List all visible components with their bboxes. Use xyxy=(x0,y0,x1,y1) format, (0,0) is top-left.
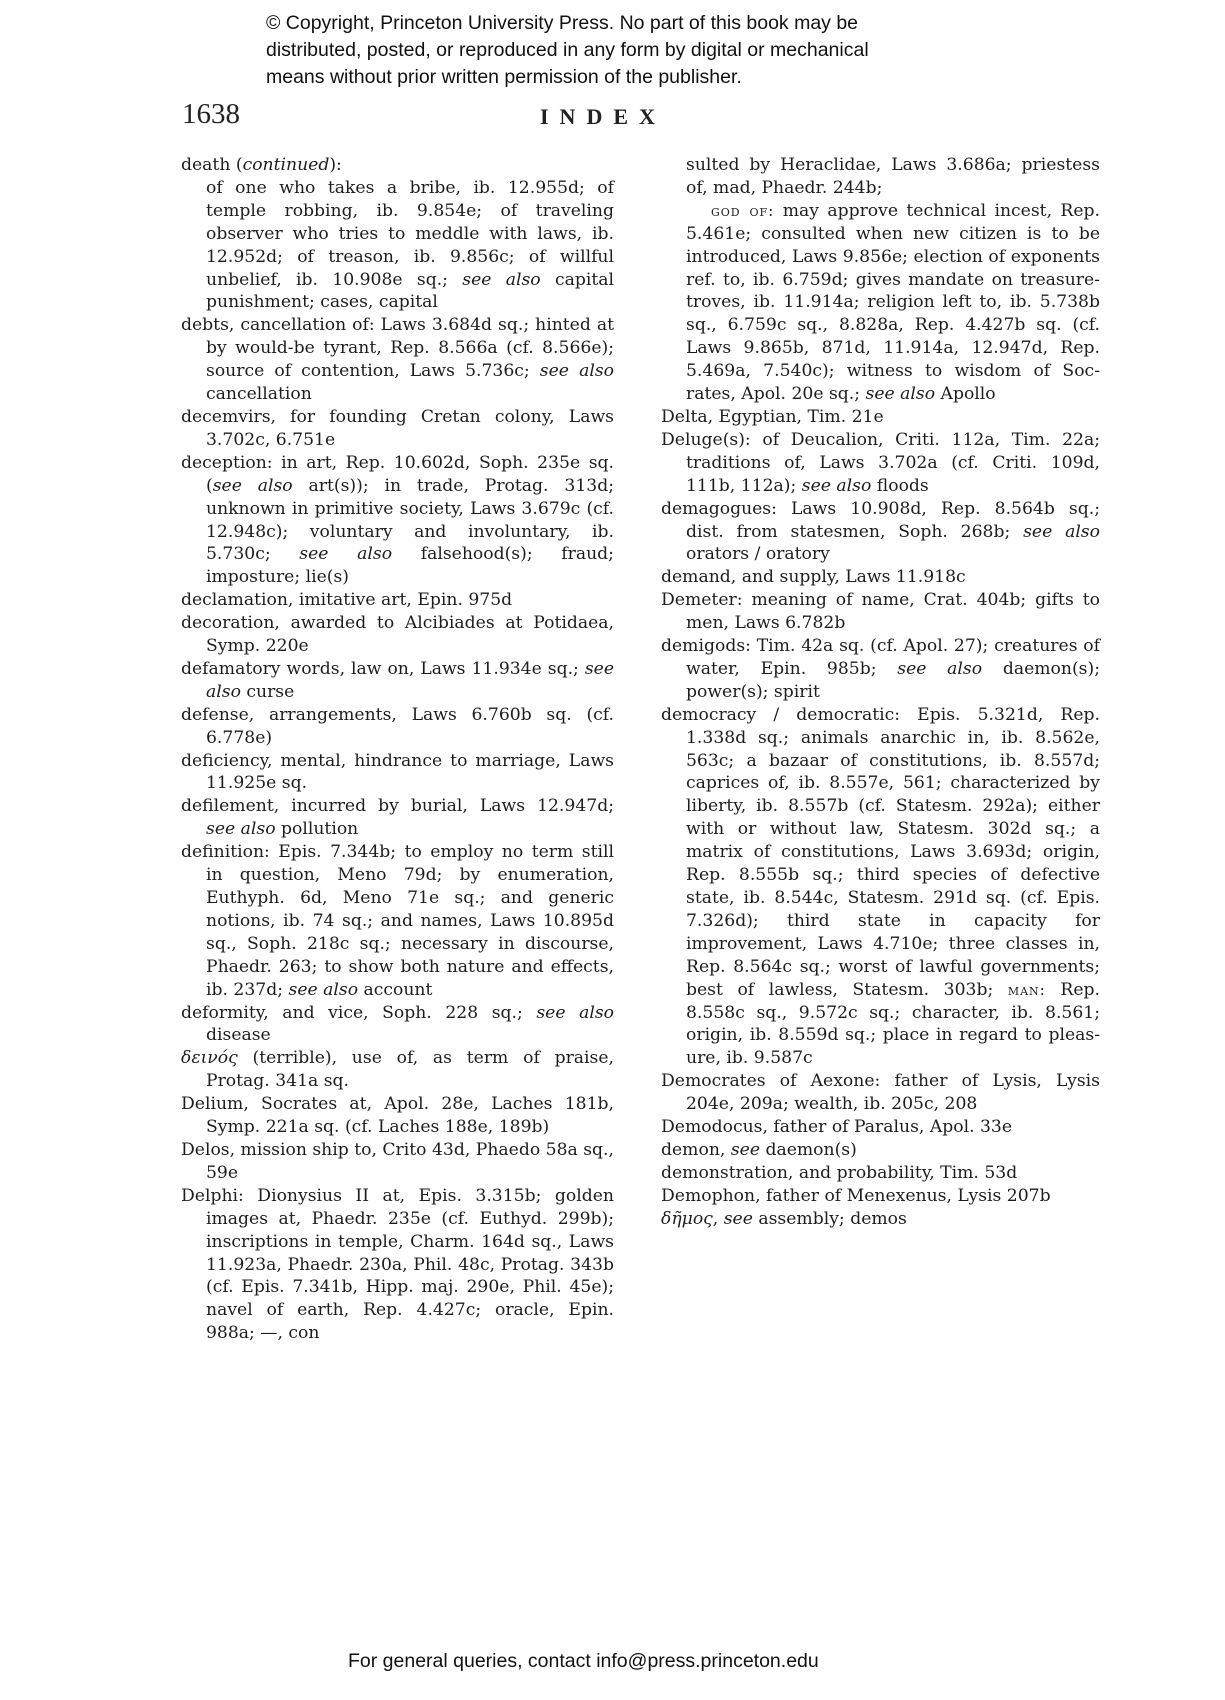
entry-text: Demodocus, father of Paralus, Apol. 33e xyxy=(661,1117,1012,1137)
index-entry: Delta, Egyptian, Tim. 21e xyxy=(661,406,1100,429)
entry-text: declamation, imitative art, Epin. 975d xyxy=(181,590,512,610)
index-entry: Delos, mission ship to, Crito 43d, Phaed… xyxy=(181,1139,614,1185)
index-entry: decoration, awarded to Alcibiades at Pot… xyxy=(181,612,614,658)
entry-text: demonstration, and probability, Tim. 53d xyxy=(661,1163,1017,1183)
entry-text: (terrible), use of, as term of praise, P… xyxy=(206,1048,614,1091)
italic-text: δεινός xyxy=(181,1048,238,1068)
italic-text: δῆμος xyxy=(661,1209,713,1229)
entry-text: ): xyxy=(329,155,342,175)
italic-text: see also xyxy=(462,270,540,290)
entry-text: democracy / democratic: Epis. 5.321d, Re… xyxy=(661,705,1100,1000)
entry-text: daemon(s) xyxy=(760,1140,857,1160)
index-entry: deception: in art, Rep. 10.602d, Soph. 2… xyxy=(181,452,614,589)
entry-text: floods xyxy=(871,476,928,496)
entry-text: Demophon, father of Menexenus, Lysis 207… xyxy=(661,1186,1051,1206)
index-entry: defilement, incurred by burial, Laws 12.… xyxy=(181,795,614,841)
entry-text: Apollo xyxy=(935,384,996,404)
index-entry: debts, cancellation of: Laws 3.684d sq.;… xyxy=(181,314,614,406)
index-entry: defamatory words, law on, Laws 11.934e s… xyxy=(181,658,614,704)
entry-text: assembly; demos xyxy=(753,1209,907,1229)
entry-text: curse xyxy=(241,682,294,702)
entry-text: disease xyxy=(206,1025,271,1045)
italic-text: see xyxy=(731,1140,760,1160)
entry-text: , xyxy=(713,1209,724,1229)
index-entry: Demophon, father of Menexenus, Lysis 207… xyxy=(661,1185,1100,1208)
index-entry: demonstration, and probability, Tim. 53d xyxy=(661,1162,1100,1185)
entry-text: account xyxy=(358,980,432,1000)
index-subentry: of one who takes a bribe, ib. 12.955d; o… xyxy=(181,177,614,314)
entry-text: defense, arrangements, Laws 6.760b sq. (… xyxy=(181,705,614,748)
entry-text: demand, and supply, Laws 11.918c xyxy=(661,567,966,587)
index-entry: Deluge(s): of Deucalion, Criti. 112a, Ti… xyxy=(661,429,1100,498)
italic-text: see also xyxy=(540,361,614,381)
entry-text: Delium, Socrates at, Apol. 28e, Laches 1… xyxy=(181,1094,614,1137)
index-entry: Democrates of Aexone: father of Lysis, L… xyxy=(661,1070,1100,1116)
entry-text: Demeter: meaning of name, Crat. 404b; gi… xyxy=(661,590,1100,633)
index-entry: definition: Epis. 7.344b; to employ no t… xyxy=(181,841,614,1001)
index-entry: Delium, Socrates at, Apol. 28e, Laches 1… xyxy=(181,1093,614,1139)
entry-text: definition: Epis. 7.344b; to employ no t… xyxy=(181,842,614,999)
index-entry: deficiency, mental, hindrance to mar­ria… xyxy=(181,750,614,796)
entry-text: orators / ora­tory xyxy=(686,544,830,564)
small-caps-text: god of: xyxy=(711,202,774,220)
index-entry: decemvirs, for founding Cretan colony, L… xyxy=(181,406,614,452)
index-entry: deformity, and vice, Soph. 228 sq.; see … xyxy=(181,1002,614,1048)
copyright-line: means without prior written permission o… xyxy=(266,64,986,91)
index-entry: defense, arrangements, Laws 6.760b sq. (… xyxy=(181,704,614,750)
entry-text: cancellation xyxy=(206,384,312,404)
italic-text: see also xyxy=(802,476,872,496)
index-entry: Demodocus, father of Paralus, Apol. 33e xyxy=(661,1116,1100,1139)
index-entry: death (continued): xyxy=(181,154,614,177)
index-entry: Delphi: Dionysius II at, Epis. 3.315b; g… xyxy=(181,1185,614,1345)
entry-text: defamatory words, law on, Laws 11.934e s… xyxy=(181,659,585,679)
italic-text: see also xyxy=(1023,522,1100,542)
italic-text: see also xyxy=(299,544,392,564)
index-entry: δεινός (terrible), use of, as term of pr… xyxy=(181,1047,614,1093)
index-entry: demand, and supply, Laws 11.918c xyxy=(661,566,1100,589)
entry-text: pollution xyxy=(276,819,359,839)
entry-text: decoration, awarded to Alcibiades at Pot… xyxy=(181,613,614,656)
entry-text: death ( xyxy=(181,155,243,175)
entry-text: demon, xyxy=(661,1140,731,1160)
entry-text: defilement, incurred by burial, Laws 12.… xyxy=(181,796,614,816)
index-entry: democracy / democratic: Epis. 5.321d, Re… xyxy=(661,704,1100,1071)
entry-text: sulted by Heraclidae, Laws 3.686a; pries… xyxy=(686,155,1100,198)
index-entry: demon, see daemon(s) xyxy=(661,1139,1100,1162)
index-entry: demagogues: Laws 10.908d, Rep. 8.564b sq… xyxy=(661,498,1100,567)
small-caps-text: man: xyxy=(1008,981,1046,999)
index-entry: declamation, imitative art, Epin. 975d xyxy=(181,589,614,612)
italic-text: continued xyxy=(243,155,330,175)
italic-text: see xyxy=(724,1209,753,1229)
entry-text: deficiency, mental, hindrance to mar­ria… xyxy=(181,751,614,794)
index-subentry: sulted by Heraclidae, Laws 3.686a; pries… xyxy=(661,154,1100,200)
copyright-notice: © Copyright, Princeton University Press.… xyxy=(266,10,986,91)
italic-text: see also xyxy=(289,980,359,1000)
index-column-right: sulted by Heraclidae, Laws 3.686a; pries… xyxy=(661,154,1100,1231)
entry-text: Delphi: Dionysius II at, Epis. 3.315b; g… xyxy=(181,1186,614,1343)
index-subentry: god of: may approve technical incest, Re… xyxy=(661,200,1100,406)
index-entry: demigods: Tim. 42a sq. (cf. Apol. 27); c… xyxy=(661,635,1100,704)
entry-text: Delos, mission ship to, Crito 43d, Phaed… xyxy=(181,1140,614,1183)
italic-text: see also xyxy=(213,476,293,496)
copyright-line: distributed, posted, or reproduced in an… xyxy=(266,37,986,64)
entry-text: decemvirs, for founding Cretan colony, L… xyxy=(181,407,614,450)
index-entry: Demeter: meaning of name, Crat. 404b; gi… xyxy=(661,589,1100,635)
italic-text: see also xyxy=(536,1003,614,1023)
italic-text: see also xyxy=(206,819,276,839)
italic-text: see also xyxy=(897,659,982,679)
contact-footer: For general queries, contact info@press.… xyxy=(348,1650,819,1673)
page-number: 1638 xyxy=(182,98,240,131)
index-entry: δῆμος, see assembly; demos xyxy=(661,1208,1100,1231)
entry-text: Democrates of Aexone: father of Lysis, L… xyxy=(661,1071,1100,1114)
entry-text: may approve technical incest, Rep. 5.461… xyxy=(686,201,1100,404)
copyright-line: © Copyright, Princeton University Press.… xyxy=(266,10,986,37)
italic-text: see also xyxy=(866,384,936,404)
index-column-left: death (continued):of one who takes a bri… xyxy=(181,154,614,1345)
running-head: INDEX xyxy=(540,104,666,130)
entry-text: Delta, Egyptian, Tim. 21e xyxy=(661,407,884,427)
entry-text: deformity, and vice, Soph. 228 sq.; xyxy=(181,1003,536,1023)
